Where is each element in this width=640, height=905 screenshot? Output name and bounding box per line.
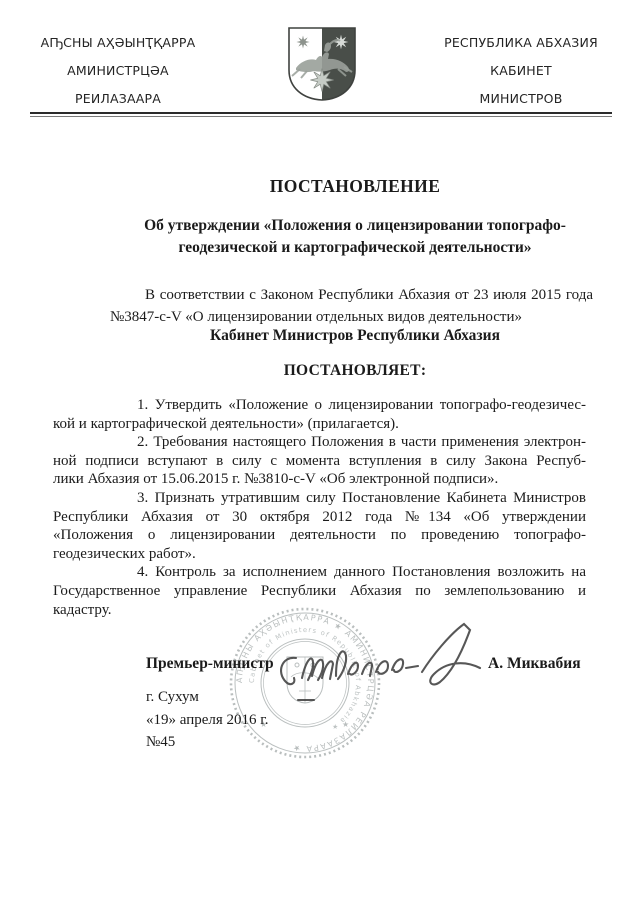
svg-text:★: ★ (342, 720, 349, 729)
coat-of-arms-icon (286, 25, 358, 103)
date-label: «19» апреля 2016 г. (146, 712, 269, 729)
header-right-line1: РЕСПУБЛИКА АБХАЗИЯ (428, 29, 614, 57)
header-left-line1: АҦСНЫ АҲӘЫНҬҚАРРА (26, 29, 210, 57)
document-page: АҦСНЫ АҲӘЫНҬҚАРРА АМИНИСТРЦӘА РЕИЛАЗААРА (0, 0, 640, 905)
resolution-item-1-line: кой и картографической деятельности» (пр… (53, 415, 586, 434)
resolution-list: 1. Утвердить «Положение о лицензировании… (53, 396, 586, 619)
resolution-item-2-line: лики Абхазия от 15.06.2015 г. №3810-с-V … (53, 470, 586, 489)
header-left: АҦСНЫ АҲӘЫНҬҚАРРА АМИНИСТРЦӘА РЕИЛАЗААРА (26, 29, 210, 113)
intro-line: В соответствии с Законом Республики Абха… (110, 284, 593, 306)
doc-title: ПОСТАНОВЛЕНИЕ (75, 176, 635, 197)
header-left-line3: РЕИЛАЗААРА (26, 85, 210, 113)
header-left-line2: АМИНИСТРЦӘА (26, 57, 210, 85)
premier-title-label: Премьер-министр (146, 655, 274, 673)
resolution-item-2-line: 2. Требования настоящего Положения в час… (53, 433, 586, 452)
resolves-heading: ПОСТАНОВЛЯЕТ: (75, 362, 635, 380)
signer-name: А. Миквабия (488, 655, 581, 673)
intro-line: №3847-с-V «О лицензировании отдельных ви… (110, 306, 593, 328)
resolution-item-3-line: Республики Абхазия от 30 октября 2012 го… (53, 508, 586, 527)
cabinet-heading: Кабинет Министров Республики Абхазия (75, 327, 635, 345)
resolution-item-3-line: геодезических работ». (53, 545, 586, 564)
header-right-line2: КАБИНЕТ (428, 57, 614, 85)
doc-subtitle-line1: Об утверждении «Положения о лицензирован… (75, 215, 635, 237)
header-divider (30, 112, 612, 117)
resolution-item-2-line: ной подписи вступают в силу с момента вс… (53, 452, 586, 471)
doc-subtitle-line2: геодезической и картографической деятель… (75, 237, 635, 259)
intro-paragraph: В соответствии с Законом Республики Абха… (110, 284, 593, 328)
header-right: РЕСПУБЛИКА АБХАЗИЯ КАБИНЕТ МИНИСТРОВ (428, 29, 614, 113)
resolution-item-4-line: Государственное управление Республики Аб… (53, 582, 586, 601)
city-label: г. Сухум (146, 689, 199, 706)
handwritten-signature (272, 616, 492, 716)
doc-subtitle: Об утверждении «Положения о лицензирован… (75, 215, 635, 259)
document-number: №45 (146, 734, 175, 751)
resolution-item-3-line: 3. Признать утратившим силу Постановлени… (53, 489, 586, 508)
resolution-item-3-line: «Положения о лицензировании деятельности… (53, 526, 586, 545)
resolution-item-4-line: 4. Контроль за исполнением данного Поста… (53, 563, 586, 582)
header-right-line3: МИНИСТРОВ (428, 85, 614, 113)
resolution-item-1-line: 1. Утвердить «Положение о лицензировании… (53, 396, 586, 415)
